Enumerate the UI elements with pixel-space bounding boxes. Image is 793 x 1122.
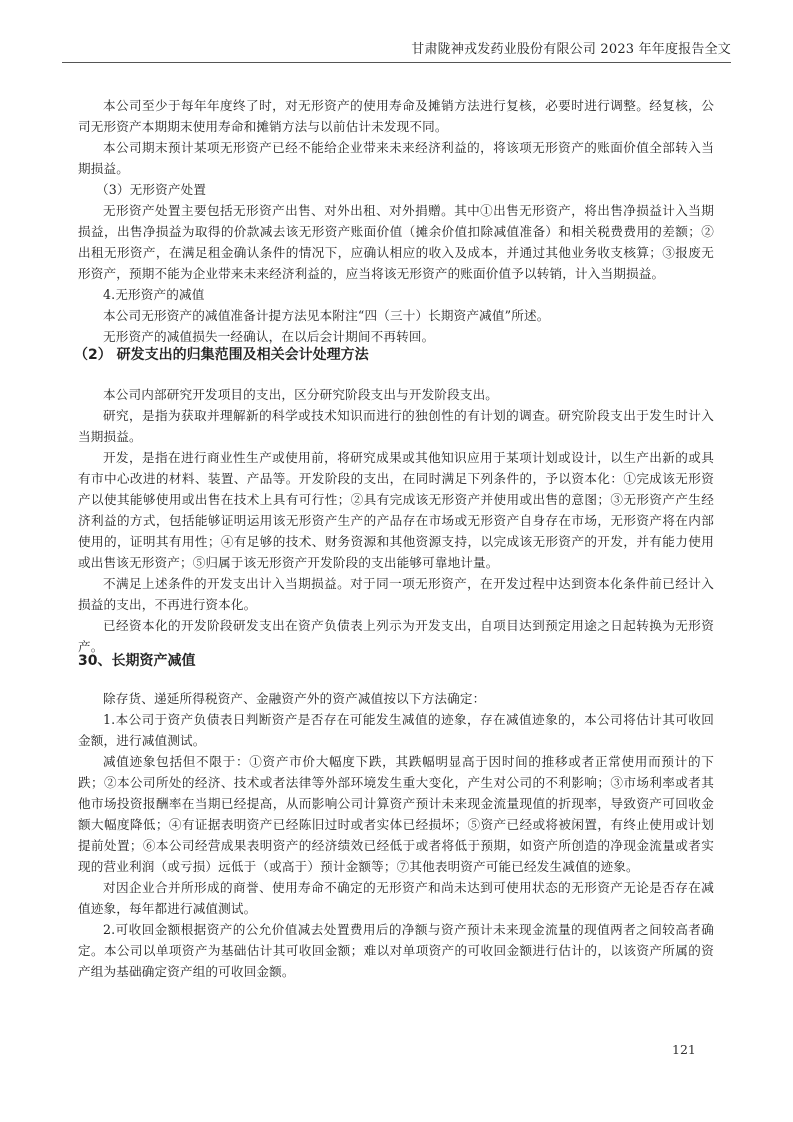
paragraph: 本公司期末预计某项无形资产已经不能给企业带来未来经济利益的，将该项无形资产的账面… <box>78 137 714 179</box>
paragraph: 1.本公司于资产负债表日判断资产是否存在可能发生减值的迹象，存在减值迹象的，本公… <box>78 709 714 751</box>
paragraph: 不满足上述条件的开发支出计入当期损益。对于同一项无形资产，在开发过程中达到资本化… <box>78 573 714 615</box>
paragraph: 本公司至少于每年年度终了时，对无形资产的使用寿命及摊销方法进行复核，必要时进行调… <box>78 95 714 137</box>
paragraph: 开发，是指在进行商业性生产或使用前，将研究成果或其他知识应用于某项计划或设计，以… <box>78 447 714 573</box>
page-header: 甘肃陇神戎发药业股份有限公司 2023 年年度报告全文 <box>62 34 731 63</box>
section-heading: 30、长期资产减值 <box>78 650 714 670</box>
paragraph: 除存货、递延所得税资产、金融资产外的资产减值按以下方法确定： <box>78 688 714 709</box>
rd-expenditure-section: （2） 研发支出的归集范围及相关会计处理方法 本公司内部研究开发项目的支出，区分… <box>78 344 714 657</box>
paragraph: 减值迹象包括但不限于：①资产市价大幅度下跌，其跌幅明显高于因时间的推移或者正常使… <box>78 751 714 877</box>
paragraph: 无形资产处置主要包括无形资产出售、对外出租、对外捐赠。其中①出售无形资产，将出售… <box>78 200 714 284</box>
paragraph: 研究，是指为获取并理解新的科学或技术知识而进行的独创性的有计划的调查。研究阶段支… <box>78 405 714 447</box>
report-title: 甘肃陇神戎发药业股份有限公司 2023 年年度报告全文 <box>411 38 731 57</box>
subheading-disposal: （3）无形资产处置 <box>78 179 714 200</box>
long-term-asset-impairment-section: 30、长期资产减值 除存货、递延所得税资产、金融资产外的资产减值按以下方法确定：… <box>78 650 714 982</box>
section-heading: （2） 研发支出的归集范围及相关会计处理方法 <box>74 344 714 364</box>
paragraph: 本公司无形资产的减值准备计提方法见本附注“四（三十）长期资产减值”所述。 <box>78 305 714 326</box>
subheading-impairment: 4.无形资产的减值 <box>78 284 714 305</box>
page-number: 121 <box>672 1042 696 1057</box>
intangible-assets-section: 本公司至少于每年年度终了时，对无形资产的使用寿命及摊销方法进行复核，必要时进行调… <box>78 95 714 347</box>
paragraph: 对因企业合并所形成的商誉、使用寿命不确定的无形资产和尚未达到可使用状态的无形资产… <box>78 877 714 919</box>
paragraph: 2.可收回金额根据资产的公允价值减去处置费用后的净额与资产预计未来现金流量的现值… <box>78 919 714 982</box>
paragraph: 本公司内部研究开发项目的支出，区分研究阶段支出与开发阶段支出。 <box>78 384 714 405</box>
